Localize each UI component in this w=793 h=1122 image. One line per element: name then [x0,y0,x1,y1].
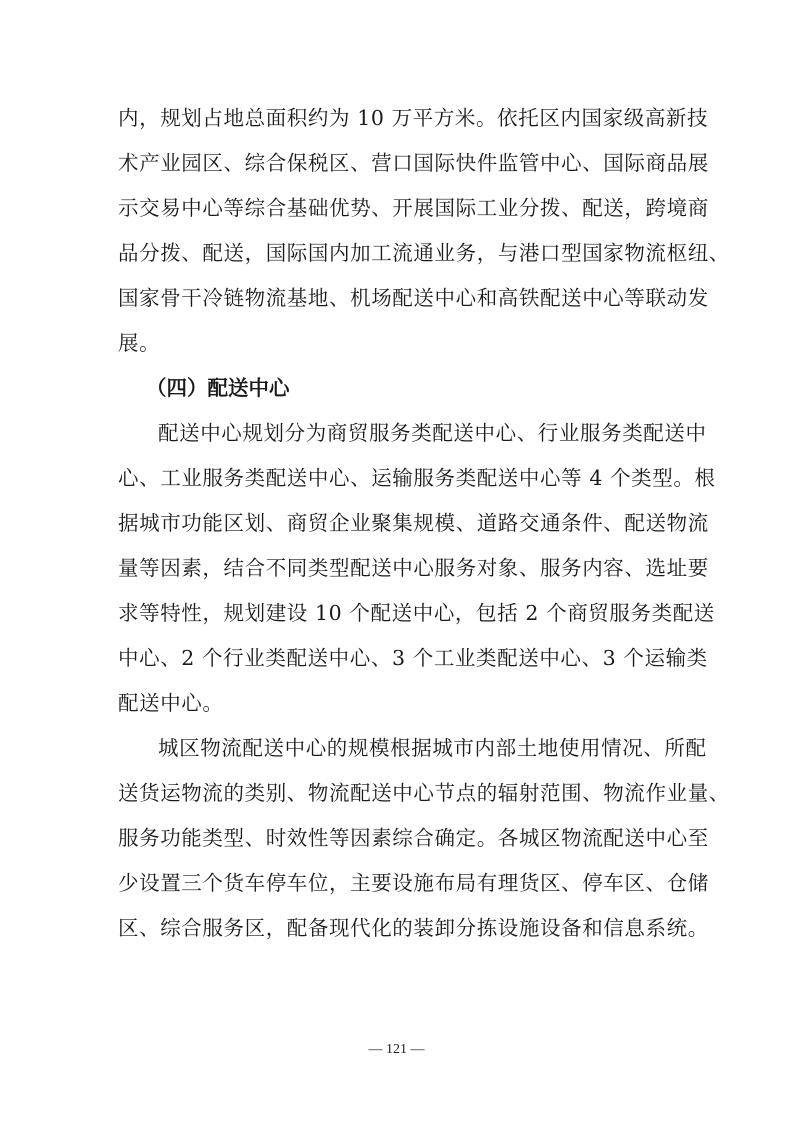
paragraph-line: 据城市功能区划、商贸企业聚集规模、道路交通条件、配送物流 [118,508,676,538]
paragraph-line: 品分拨、配送，国际国内加工流通业务，与港口型国家物流枢纽、 [118,238,676,268]
page-number: — 121 — [0,1040,793,1060]
paragraph-line: 中心、2 个行业类配送中心、3 个工业类配送中心、3 个运输类 [118,643,676,673]
paragraph-line: 配送中心规划分为商贸服务类配送中心、行业服务类配送中 [158,418,676,448]
paragraph-line: 服务功能类型、时效性等因素综合确定。各城区物流配送中心至 [118,823,676,853]
paragraph-line: 术产业园区、综合保税区、营口国际快件监管中心、国际商品展 [118,148,676,178]
document-page: 内，规划占地总面积约为 10 万平方米。依托区内国家级高新技 术产业园区、综合保… [0,0,793,1122]
paragraph-line: 送货运物流的类别、物流配送中心节点的辐射范围、物流作业量、 [118,778,676,808]
section-heading: （四）配送中心 [146,373,290,403]
paragraph-line: 心、工业服务类配送中心、运输服务类配送中心等 4 个类型。根 [118,463,676,493]
paragraph-line: 展。 [118,328,676,358]
paragraph-line: 区、综合服务区，配备现代化的装卸分拣设施设备和信息系统。 [118,913,676,943]
paragraph-line: 求等特性，规划建设 10 个配送中心，包括 2 个商贸服务类配送 [118,598,676,628]
paragraph-line: 量等因素，结合不同类型配送中心服务对象、服务内容、选址要 [118,553,676,583]
paragraph-line: 配送中心。 [118,688,676,718]
paragraph-line: 内，规划占地总面积约为 10 万平方米。依托区内国家级高新技 [118,103,676,133]
paragraph-line: 示交易中心等综合基础优势、开展国际工业分拨、配送，跨境商 [118,193,676,223]
paragraph-line: 少设置三个货车停车位，主要设施布局有理货区、停车区、仓储 [118,868,676,898]
paragraph-line: 国家骨干冷链物流基地、机场配送中心和高铁配送中心等联动发 [118,283,676,313]
paragraph-line: 城区物流配送中心的规模根据城市内部土地使用情况、所配 [158,733,676,763]
